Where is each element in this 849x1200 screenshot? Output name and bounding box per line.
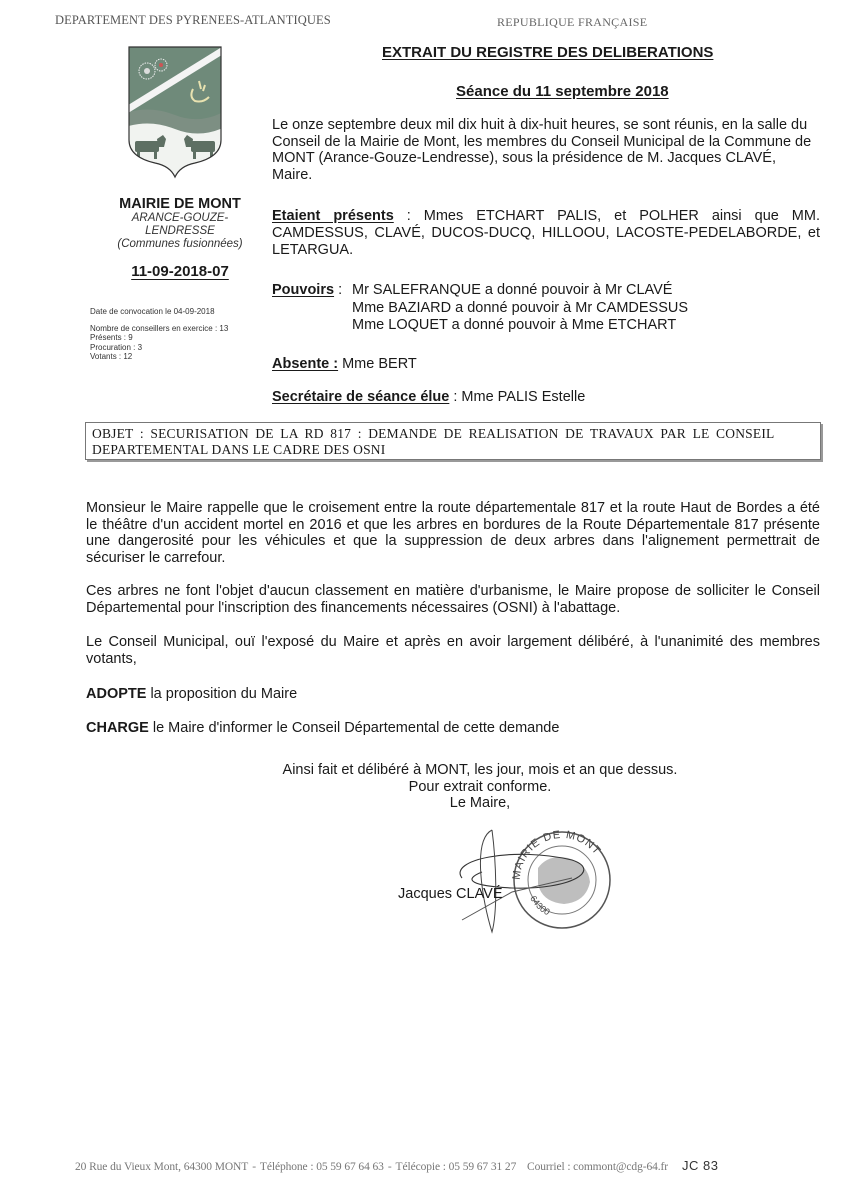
attendance-secretaire: Secrétaire de séance élue : Mme PALIS Es… [272, 389, 585, 405]
pouvoir-item: Mme LOQUET a donné pouvoir à Mme ETCHART [352, 317, 676, 335]
footer-address: 20 Rue du Vieux Mont, 64300 MONT [75, 1161, 248, 1173]
attendance-absente: Absente : Mme BERT [272, 356, 417, 372]
closing-line-2: Pour extrait conforme. [280, 779, 680, 796]
pouvoirs-separator: : [334, 282, 342, 298]
closing-line-1: Ainsi fait et délibéré à MONT, les jour,… [280, 762, 680, 779]
footer-phone: Téléphone : 05 59 67 64 63 [260, 1161, 384, 1173]
present-label: Etaient présents [272, 208, 394, 224]
convocation-date: Date de convocation le 04-09-2018 [90, 307, 228, 317]
convocation-info: Date de convocation le 04-09-2018 Nombre… [90, 307, 228, 362]
pouvoir-item: Mr SALEFRANQUE a donné pouvoir à Mr CLAV… [352, 282, 672, 300]
count-conseillers: Nombre de conseillers en exercice : 13 [90, 324, 228, 334]
body-paragraph-2: Ces arbres ne font l'objet d'aucun class… [86, 583, 820, 616]
objet-box: OBJET : SECURISATION DE LA RD 817 : DEMA… [85, 422, 821, 460]
session-date: Séance du 11 septembre 2018 [456, 83, 669, 100]
secretaire-text: : Mme PALIS Estelle [449, 389, 585, 405]
attendance-present: Etaient présents : Mmes ETCHART PALIS, e… [272, 208, 820, 258]
charge-text: le Maire d'informer le Conseil Départeme… [149, 720, 560, 736]
pouvoirs-label: Pouvoirs [272, 282, 334, 298]
deliberation-number: 11-09-2018-07 [80, 263, 280, 280]
document-title: EXTRAIT DU REGISTRE DES DELIBERATIONS [382, 44, 713, 61]
signer-name: Jacques CLAVÉ [398, 886, 503, 902]
mairie-subtitle-2: LENDRESSE [80, 225, 280, 238]
adopte-label: ADOPTE [86, 686, 146, 702]
mairie-subtitle-1: ARANCE-GOUZE- [80, 212, 280, 225]
closing-block: Ainsi fait et délibéré à MONT, les jour,… [280, 762, 680, 812]
decision-charge: CHARGE le Maire d'informer le Conseil Dé… [86, 720, 559, 736]
adopte-text: la proposition du Maire [146, 686, 297, 702]
closing-line-3: Le Maire, [280, 795, 680, 812]
mairie-name: MAIRIE DE MONT [80, 196, 280, 212]
department-header: DEPARTEMENT DES PYRENEES-ATLANTIQUES [55, 13, 331, 28]
footer: 20 Rue du Vieux Mont, 64300 MONT-Télépho… [75, 1158, 718, 1173]
coat-of-arms-icon [125, 45, 225, 180]
pouvoir-item: Mme BAZIARD a donné pouvoir à Mr CAMDESS… [352, 300, 688, 318]
mairie-subtitle-3: (Communes fusionnées) [80, 238, 280, 251]
decision-adopte: ADOPTE la proposition du Maire [86, 686, 297, 702]
footer-fax: Télécopie : 05 59 67 31 27 [396, 1161, 517, 1173]
charge-label: CHARGE [86, 720, 149, 736]
republic-header: REPUBLIQUE FRANÇAISE [497, 15, 647, 30]
body-paragraph-3: Le Conseil Municipal, ouï l'exposé du Ma… [86, 634, 820, 667]
body-paragraph-1: Monsieur le Maire rappelle que le croise… [86, 500, 820, 566]
official-stamp-icon: MAIRIE DE MONT 64300 [452, 820, 632, 935]
count-procuration: Procuration : 3 [90, 343, 228, 353]
footer-initials: JC 83 [682, 1158, 718, 1173]
secretaire-label: Secrétaire de séance élue [272, 389, 449, 405]
count-votants: Votants : 12 [90, 352, 228, 362]
footer-email: Courriel : commont@cdg-64.fr [527, 1161, 668, 1173]
mairie-block: MAIRIE DE MONT ARANCE-GOUZE- LENDRESSE (… [80, 196, 280, 280]
attendance-pouvoirs: Pouvoirs : Mr SALEFRANQUE a donné pouvoi… [272, 282, 688, 335]
objet-line-1: OBJET : SECURISATION DE LA RD 817 : DEMA… [92, 426, 814, 442]
absente-label: Absente : [272, 356, 338, 372]
absente-text: Mme BERT [338, 356, 417, 372]
intro-paragraph: Le onze septembre deux mil dix huit à di… [272, 117, 820, 183]
count-presents: Présents : 9 [90, 333, 228, 343]
objet-line-2: DEPARTEMENTAL DANS LE CADRE DES OSNI [92, 442, 814, 458]
